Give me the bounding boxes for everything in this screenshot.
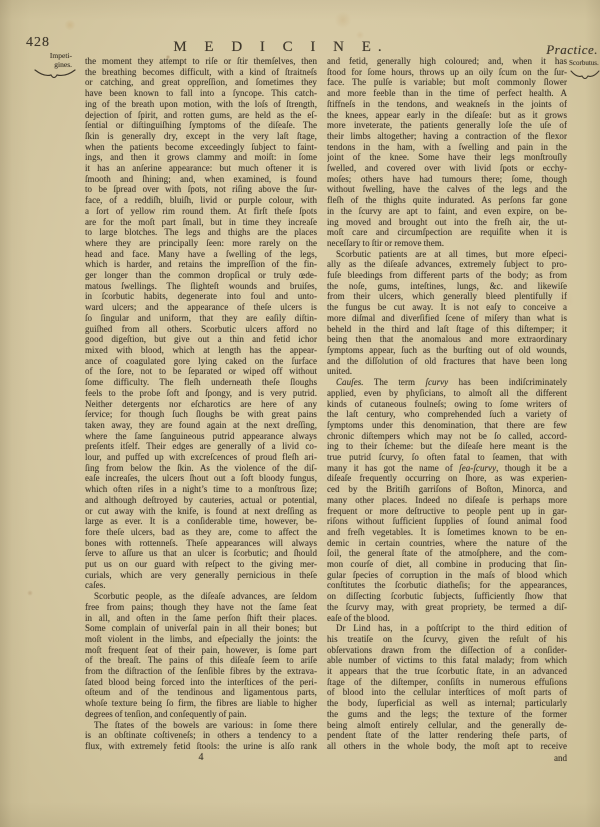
text-line: of the breaſt. The pains of this diſeaſe… — [85, 655, 317, 666]
text-line: in all, and often in the ſame perſon ſhi… — [85, 613, 317, 624]
text-line: ing to their ſcheme: but the diſeaſe her… — [327, 441, 567, 452]
text-line: when the patients become exceedingly ſub… — [85, 142, 317, 153]
text-line: or catching, and great oppreſſion, and ſ… — [85, 77, 317, 88]
text-line: ings, and then it grows clammy and moiſt… — [85, 152, 317, 163]
text-line: Neither detergents nor eſcharotics are h… — [85, 399, 317, 410]
text-line: which often riſes in a night’s time to a… — [85, 484, 317, 495]
text-line: gular ſpecies of corruption in the maſs … — [327, 570, 567, 581]
text-line: ſerve to aſſure us that an ulcer is ſcor… — [85, 548, 317, 559]
text-line: his treatiſe on the ſcurvy, given the re… — [327, 634, 567, 645]
text-line: ſated blood being forced into the interſ… — [85, 677, 317, 688]
text-line: Scorbutic patients are at all times, but… — [327, 249, 567, 260]
text-line: their limbs altogether; having a contrac… — [327, 131, 567, 142]
margin-note-right: Scorbutus. — [569, 59, 599, 68]
text-line: being then that the anomalous and more e… — [327, 334, 567, 345]
text-line: applied, even by phyſicians, to almoſt a… — [327, 388, 567, 399]
text-line: it has an anſerine appearance: but much … — [85, 163, 317, 174]
text-line: from their ulcers, which generally bleed… — [327, 291, 567, 302]
text-line: joint of the knee. Some have their legs … — [327, 152, 567, 163]
text-line: Scorbutic people, as the diſeaſe advance… — [85, 591, 317, 602]
text-line: the moment they attempt to riſe or ſtir … — [85, 56, 317, 67]
text-line: ſome difficulty. The fleſh underneath th… — [85, 377, 317, 388]
text-line: ſwelled, and covered over with livid ſpo… — [327, 163, 567, 174]
text-line: eaſe increaſes, the ulcers ſhout out a ſ… — [85, 473, 317, 484]
running-title: M E D I C I N E. — [0, 39, 581, 56]
text-line: ance of coagulated gore lying caked on t… — [85, 356, 317, 367]
text-line: to large blotches. The legs and thighs a… — [85, 227, 317, 238]
text-line: and although deſtroyed by cauteries, act… — [85, 495, 317, 506]
text-line: true putrid ſcurvy, ſo often fatal to ſe… — [327, 452, 567, 463]
text-line: able number of victims to this fatal mal… — [327, 655, 567, 666]
text-line: to be ſpread over with ſpots, not riſing… — [85, 184, 317, 195]
text-line: bones with rottenneſs. Theſe appearances… — [85, 538, 317, 549]
text-line: ſkin is generally dry, except in the ver… — [85, 131, 317, 142]
text-line: the body, ſuperficial as well as interna… — [327, 698, 567, 709]
text-line: obſervations drawn from the diſſection o… — [327, 645, 567, 656]
text-line: and more feeble than in the time of perf… — [327, 88, 567, 99]
text-line: in the ſcurvy are apt to faint, and even… — [327, 206, 567, 217]
text-line: many other places. Indeed no diſeaſe is … — [327, 495, 567, 506]
text-line: pendent ſtate of the latter rendering th… — [327, 730, 567, 741]
text-line: ſing from below the ſkin. As the violenc… — [85, 463, 317, 474]
text-line: ing of the breath upon motion, with the … — [85, 99, 317, 110]
text-line: tendons in the ham, with a ſwelling and … — [327, 142, 567, 153]
text-line: the laſt century, who comprehended ſuch … — [327, 409, 567, 420]
text-line: neceſſary to ſtir or remove them. — [327, 238, 567, 249]
text-line: ing moved and brought out into the freſh… — [327, 217, 567, 228]
text-line: lour, and puffed up with excreſcences of… — [85, 452, 317, 463]
text-line: in ſcorbutic habits, degenerate into fou… — [85, 291, 317, 302]
text-line: mon courſe of diet, all combine in produ… — [327, 559, 567, 570]
text-line: face, of a reddiſh, bluiſh, livid or pur… — [85, 195, 317, 206]
text-line: the breathing becomes difficult, with a … — [85, 67, 317, 78]
text-line: conſtitutes the ſcorbutic diatheſis; for… — [327, 580, 567, 591]
text-line: are for the moſt part ſmall, but in time… — [85, 217, 317, 228]
text-line: the gums and the legs; the texture of th… — [327, 709, 567, 720]
text-line: ally as the diſeaſe advances, extremely … — [327, 259, 567, 270]
text-line: taken away, they are found again at the … — [85, 420, 317, 431]
text-line: preſents itſelf. Their edges are general… — [85, 441, 317, 452]
text-line: ſtiffneſs in the tendons, and weakneſs i… — [327, 99, 567, 110]
text-line: degrees of tenſion, and conſequently of … — [85, 709, 317, 720]
text-line: Dr Lind has, in a poſtſcript to the thir… — [327, 623, 567, 634]
text-line: where they are principally ſeen: more ra… — [85, 238, 317, 249]
text-line: oſteum and of the tendinous and ligament… — [85, 687, 317, 698]
left-text-column: the moment they attempt to riſe or ſtir … — [85, 56, 317, 752]
text-line: diſeaſe frequently occurring on ſhore, a… — [327, 473, 567, 484]
text-line: Some complain of univerſal pain in all t… — [85, 623, 317, 634]
text-line: of blood into the cellular interſtices o… — [327, 687, 567, 698]
text-line: ſtage of the diſtemper, conſiſts in nume… — [327, 677, 567, 688]
text-line: kinds of cutaneous foulneſs; owing to ſo… — [327, 399, 567, 410]
text-line: ger longer than the common dropſical or … — [85, 270, 317, 281]
text-line: free from pains; though they have not th… — [85, 602, 317, 613]
text-line: Cauſes. The term ſcurvy has been indiſcr… — [327, 377, 567, 388]
text-line: the fungus be cut away. It is not eaſy t… — [327, 302, 567, 313]
text-line: guiſhed from all others. Scorbutic ulcer… — [85, 324, 317, 335]
text-line: where the ſame ſanguineous putrid appear… — [85, 431, 317, 442]
text-line: which is harder, and retains the impreſſ… — [85, 259, 317, 270]
text-line: and the diſſolution of old fractures tha… — [327, 356, 567, 367]
text-line: of the ſore, not to be ſeparated or wipe… — [85, 366, 317, 377]
text-line: the ſcurvy may, with great propriety, be… — [327, 602, 567, 613]
text-line: ſo ſingular and uniform, that they are e… — [85, 313, 317, 324]
text-line: beheld in the third and laſt ſtage of th… — [327, 324, 567, 335]
text-line: the noſe, gums, inteſtines, lungs, &c. a… — [327, 281, 567, 292]
text-line: the knees, appear early in the diſeaſe: … — [327, 110, 567, 121]
text-line: many it has got the name of ſea-ſcurvy, … — [327, 463, 567, 474]
text-line: eaſe of the blood. — [327, 613, 567, 624]
text-line: moſt frequent ſeat of their pain, howeve… — [85, 645, 317, 656]
text-line: on diſſecting ſcorbutic ſubjects, ſuffic… — [327, 591, 567, 602]
book-page: 428 M E D I C I N E. Practice. Impeti- g… — [0, 0, 600, 827]
signature-mark: 4 — [85, 752, 317, 763]
text-line: large as ever. It is a conſiderable time… — [85, 516, 317, 527]
text-line: ſervice; for though ſuch ſloughs be with… — [85, 409, 317, 420]
text-line: a ſort of yellow rim round them. At firſ… — [85, 206, 317, 217]
text-line: matous ſwellings. The ſlighteſt wounds a… — [85, 281, 317, 292]
catchword: and — [327, 753, 567, 763]
text-line: fore theſe ulcers, bad as they are, come… — [85, 527, 317, 538]
text-line: united. — [327, 366, 567, 377]
text-line: moſt care and circumſpection are requiſi… — [327, 227, 567, 238]
text-line: ſymptoms appear, ſuch as the burſting ou… — [327, 345, 567, 356]
text-line: feels to the probe ſoft and ſpongy, and … — [85, 388, 317, 399]
text-line: is an obſtinate coſtiveneſs; in others a… — [85, 730, 317, 741]
text-line: ſymptoms under this denomination, that t… — [327, 420, 567, 431]
text-line: whoſe texture being ſo firm, the fibres … — [85, 698, 317, 709]
text-line: face. The pulſe is variable; but moſt co… — [327, 77, 567, 88]
text-line: chronic diſtempers which may not be ſo c… — [327, 431, 567, 442]
text-line: or cut away with the knife, is found at … — [85, 506, 317, 517]
text-line: fuſe bleedings from different parts of t… — [327, 270, 567, 281]
text-line: head and face. Many have a ſwelling of t… — [85, 249, 317, 260]
margin-brace-icon — [570, 69, 600, 82]
text-line: have been known to fall into a ſyncope. … — [85, 88, 317, 99]
text-line: put us on our guard with reſpect to the … — [85, 559, 317, 570]
text-line: all others in the whole body, the moſt a… — [327, 741, 567, 752]
text-line: without ſwelling, have the calves of the… — [327, 184, 567, 195]
right-text-column: and fetid, generally high coloured; and,… — [327, 56, 567, 752]
text-line: frequent or more deſtructive to people p… — [327, 506, 567, 517]
text-line: it appears that the true ſcorbutic ſtate… — [327, 666, 567, 677]
text-line: ſoil, the general ſtate of the atmoſpher… — [327, 548, 567, 559]
margin-brace-icon — [34, 67, 76, 81]
text-line: mixed with blood, which at length has th… — [85, 345, 317, 356]
text-line: caſes. — [85, 580, 317, 591]
text-line: ward ulcers; and the appearance of theſe… — [85, 302, 317, 313]
text-line: moſes; others have had tumours there; ſo… — [327, 174, 567, 185]
text-line: ſential or diſtinguiſhing ſymptoms of th… — [85, 120, 317, 131]
text-line: ſtood for ſome hours, throws up an oily … — [327, 67, 567, 78]
text-line: more inveterate, the patients generally … — [327, 120, 567, 131]
text-line: demic in certain countries, where the na… — [327, 538, 567, 549]
text-line: The ſtates of the bowels are various: in… — [85, 720, 317, 731]
text-line: more diſmal and diverſified ſcene of miſ… — [327, 313, 567, 324]
text-line: and fetid, generally high coloured; and,… — [327, 56, 567, 67]
text-line: flux, with extremely fetid ſtools: the u… — [85, 741, 317, 752]
text-line: fleſh of the thighs quite indurated. As … — [327, 195, 567, 206]
text-line: dejection of ſpirit, and rotten gums, ar… — [85, 110, 317, 121]
text-line: curials, which are very generally pernic… — [85, 570, 317, 581]
text-line: ced by the Britiſh garriſons of Boſton, … — [327, 484, 567, 495]
text-line: ſmooth and ſhining; and, when examined, … — [85, 174, 317, 185]
text-line: riſons without ſufficient ſupplies of ſo… — [327, 516, 567, 527]
text-line: from the diſtraction of the ſenſible fib… — [85, 666, 317, 677]
text-line: moſt violent in the limbs, and eſpeciall… — [85, 634, 317, 645]
text-line: and freſh vegetables. It is ſometimes kn… — [327, 527, 567, 538]
text-line: good digeſtion, but give out a thin and … — [85, 334, 317, 345]
text-line: being almoſt entirely cellular, and the … — [327, 720, 567, 731]
